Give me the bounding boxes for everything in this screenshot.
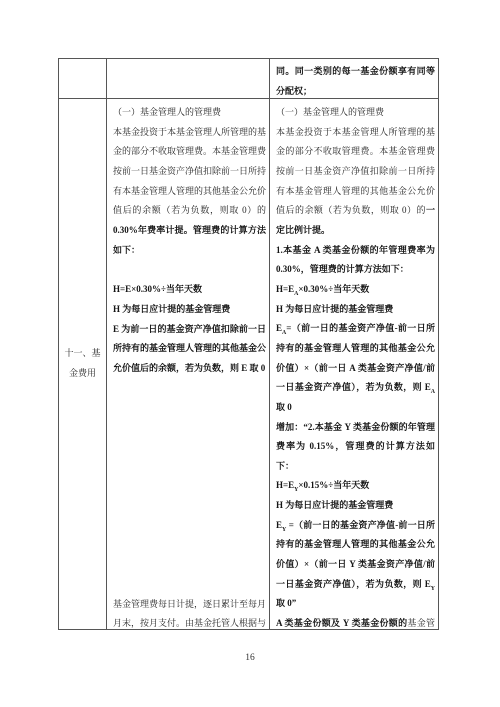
text-line: H=E×0.30%÷当年天数 [113, 280, 266, 300]
spacer [113, 379, 266, 595]
text-line: 基金管理费每日计提，逐日累计至每月月末，按月支付。由基金托管人根据与 [113, 595, 266, 629]
document-page: 同。同一类别的每一基金份额享有同等分配权； 十一、基金费用 （一）基金管理人的管… [0, 0, 500, 707]
text-line: 1.本基金 A 类基金份额的年管理费率为 0.30%，管理费的计算方法如下： [276, 241, 435, 280]
text-line: 本基金投资于本基金管理人所管理的基金的部分不收取管理费。本基金管理费按前一日基金… [276, 123, 435, 241]
table-cell-revised-clause: （一）基金管理人的管理费本基金投资于本基金管理人所管理的基金的部分不收取管理费。… [270, 99, 438, 629]
table-cell-row-header: 十一、基金费用 [59, 99, 107, 629]
text-line: （一）基金管理人的管理费 [113, 103, 266, 123]
fund-fee-table: 同。同一类别的每一基金份额享有同等分配权； 十一、基金费用 （一）基金管理人的管… [58, 58, 439, 630]
table-cell-empty-middle [107, 59, 270, 99]
spacer [113, 260, 266, 280]
text-line: H=EY×0.15%÷当年天数 [276, 476, 435, 496]
text-line: H=EA×0.30%÷当年天数 [276, 280, 435, 300]
text-line: 同。同一类别的每一基金份额享有同等分配权； [276, 62, 435, 99]
text-line: H 为每日应计提的基金管理费 [276, 300, 435, 320]
text-line: EY =（前一日的基金资产净值-前一日所持有的基金管理人管理的其他基金公允价值）… [276, 516, 435, 614]
text-line: （一）基金管理人的管理费 [276, 103, 435, 123]
text-line: 增加：“2.本基金 Y 类基金份额的年管理费率为 0.15%，管理费的计算方法如… [276, 418, 435, 477]
text-line: A 类基金份额及 Y 类基金份额的基金管理 [276, 614, 435, 629]
text-line: EA=（前一日的基金资产净值-前一日所持有的基金管理人管理的其他基金公允价值）×… [276, 319, 435, 417]
table-cell-original-clause: （一）基金管理人的管理费本基金投资于本基金管理人所管理的基金的部分不收取管理费。… [107, 99, 270, 629]
table-cell-dividend-note: 同。同一类别的每一基金份额享有同等分配权； [270, 59, 438, 99]
page-number: 16 [0, 653, 500, 663]
text-line: H 为每日应计提的基金管理费 [276, 496, 435, 516]
text-line: 本基金投资于本基金管理人所管理的基金的部分不收取管理费。本基金管理费按前一日基金… [113, 123, 266, 261]
row-header-label: 十一、基金费用 [61, 344, 104, 383]
text-line: H 为每日应计提的基金管理费 [113, 300, 266, 320]
text-line: E 为前一日的基金资产净值扣除前一日所持有的基金管理人管理的其他基金公允价值后的… [113, 320, 266, 379]
table-cell-empty-left [59, 59, 107, 99]
